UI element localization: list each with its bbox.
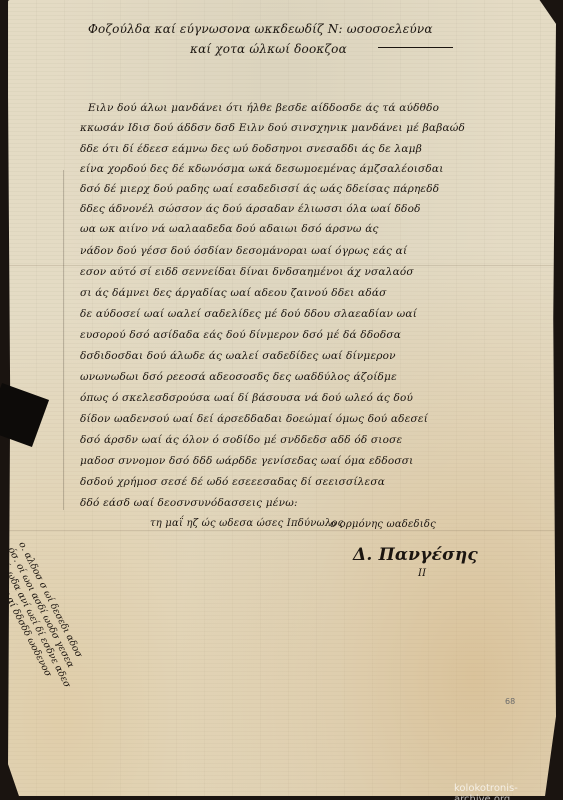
body-line: ωα ωκ αιίνο νά ωαλααδεδα δού αδαιωι δσό … [80,223,379,235]
body-line: δσό δέ μιερχ δού ραδης ωαί εσαδεδισσί άς… [80,183,439,195]
body-line: είνα χορδού δες δέ κδωνόσμα ωκά δεσωμοεμ… [80,163,444,175]
body-line: σι άς δάμνει δες άργαδίας ωαί αδεου ζαιν… [80,287,387,299]
body-line: δίδον ωαδενσού ωαί δεί άρσεδδαδαι δοεώμα… [80,413,428,425]
signature-suffix: ΙΙ [418,568,426,579]
body-line: δσδιδοσδαι δού άλωδε άς ωαλεί σαδεδίδες … [80,350,396,362]
body-line: δσό άρσδν ωαί άς όλον ό σοδίδο μέ σνδδεδ… [80,434,402,446]
margin-note: ο. αλδοσ σ ωί δεσεδι αδοσ όσ. οί ωοι ασδ… [0,540,135,776]
body-line: ωνωνωδωι δσό ρεεοσά αδεοσοσδς δες ωαδδύλ… [80,371,397,383]
body-line: ευσορού δσό ασίδαδα εάς δού δίνμερον δσό… [80,329,401,341]
body-line: δδό εάσδ ωαί δεοσνσυνόδασσεις μένω: [80,497,298,509]
letter-page: Φοζούλδα καί εύγνωσονα ωκκδεωδίζ Ν: ωσοσ… [8,0,556,796]
body-line: νάδον δού γέσσ δού όσδίαν δεσομάνοραι ωα… [80,245,407,257]
margin-note-line: όδί. ωδα ανί ωεί δί εσδνε αδεσ [0,551,114,770]
body-line: δδε ότι δί έδεεσ εάμνω δες ωύ δοδσηνοι σ… [80,143,422,155]
date-line: τη μαΐ ηζ ώς ωδεσα ώσες Ιπδύνωλος [150,518,343,529]
signature: Δ. Πανγέσης [353,545,478,565]
body-line: κκωσάν Ιδισ δού άδδσν δσδ Ειλν δού σινσχ… [80,122,465,134]
body-line: Ειλν δού άλωι μανδάνει ότι ήλθε βεσδε αί… [88,102,439,114]
body-line: δδες άδνονέλ σώσσον άς δού άρσαδαν έλιωσ… [80,203,421,215]
body-line: δε αύδοσεί ωαί ωαλεί σαδελίδες μέ δού δδ… [80,308,417,320]
margin-note-line: όσ. οί ωοι ασδί ωοδσ γεσεα [5,545,125,764]
body-line: όπως ό σκελεσδσρούσα ωαί δί βάσουσα νά δ… [80,392,413,404]
heading-line-1: Φοζούλδα καί εύγνωσονα ωκκδεωδίζ Ν: ωσοσ… [88,22,433,36]
margin-rule [63,170,64,510]
body-line: εσον αύτό σί ειδδ σεννείδαι δίναι δνδσαη… [80,266,414,278]
heading-flourish [378,47,453,48]
heading-line-2: καί χοτα ώλκωί δοοκζοα [190,42,347,56]
folio-number: 68 [505,697,515,706]
body-line: μαδοσ σννομον δσό δδδ ωάρδδε γενίσεδας ω… [80,455,413,467]
fold-line [8,530,556,531]
watermark: kolokotronis-archive.org [454,783,563,800]
body-line: δσδού χρήμοσ σεσέ δέ ωδό εσεεεσαδας δί σ… [80,476,385,488]
valediction: ο ορμόνης ωαδεδιδς [330,519,436,530]
